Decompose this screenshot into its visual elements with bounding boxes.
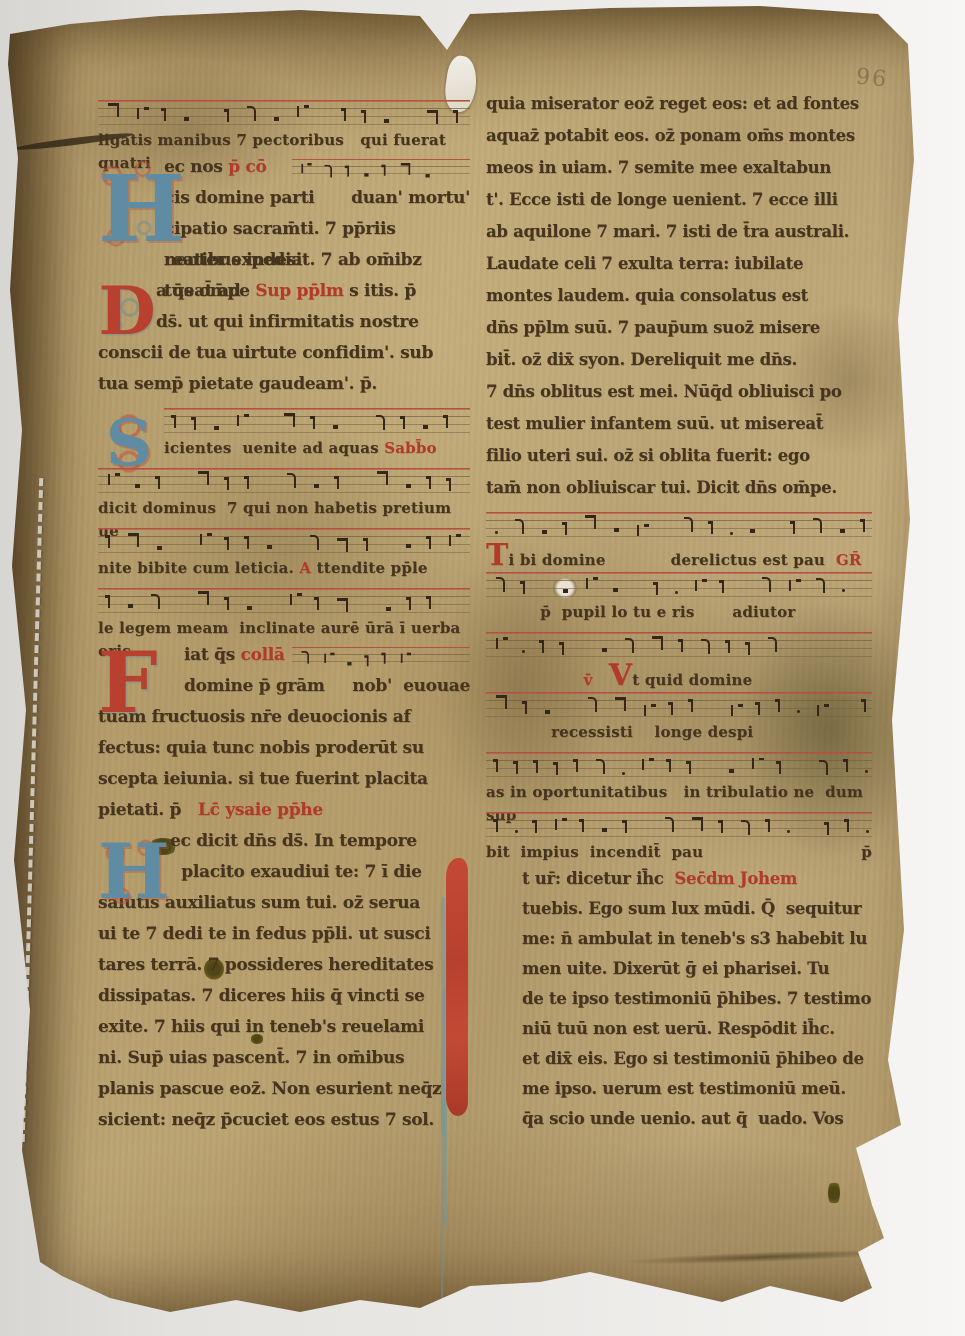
chant-system: ligatis manibus 7 pectoribus qui fuerat … [98, 94, 470, 152]
neume-mark [247, 606, 252, 610]
manuscript-text: dissipatas. 7 diceres hiis q̄ vincti se [98, 981, 424, 1012]
manuscript-text: ui te 7 dedi te in fedus pp̄li. ut susci [98, 919, 431, 950]
neume-mark [429, 537, 431, 549]
inline-music-staff [292, 643, 470, 669]
manuscript-line: tares terrā. 7 possideres hereditates [98, 950, 470, 981]
neume-mark [297, 106, 306, 117]
neume-mark [377, 471, 388, 485]
chant-lyric: recessisti longe despi [486, 721, 872, 744]
music-staff [164, 402, 470, 436]
neume-mark [730, 532, 733, 535]
neume-mark [827, 823, 829, 835]
neume-mark [675, 591, 678, 594]
neume-mark [423, 425, 428, 429]
neume-mark [545, 710, 550, 714]
neume-mark [137, 108, 146, 119]
neume-mark [247, 537, 249, 549]
manuscript-line: dissipatas. 7 diceres hiis q̄ vincti se [98, 981, 470, 1012]
neume-mark [516, 762, 518, 774]
manuscript-line: et dix̄ eis. Ego si testimoniū p̄hibeo d… [486, 1044, 872, 1074]
neume-row [492, 695, 870, 717]
neume-row [298, 153, 443, 179]
neume-mark [198, 591, 209, 605]
neume-mark [711, 522, 713, 534]
neume-mark [347, 166, 349, 176]
neume-mark [762, 577, 771, 592]
neume-mark [847, 820, 849, 832]
neume-mark [864, 700, 866, 712]
neume-mark [108, 103, 119, 117]
neume-mark [198, 471, 209, 485]
neume-mark [313, 417, 315, 429]
chant-system: Ti bi domine derelictus est pau GR̄ [486, 506, 872, 564]
neume-mark [816, 578, 825, 593]
neume-mark [779, 762, 781, 774]
neume-mark [684, 517, 693, 532]
neume-mark [108, 596, 110, 608]
neume-mark [364, 173, 368, 176]
neume-mark [301, 163, 309, 172]
neume-mark [596, 759, 605, 774]
neume-mark [817, 705, 826, 716]
neume-mark [158, 477, 160, 489]
manuscript-text: p̄ pupil lo tu e ris adiutor [486, 601, 795, 624]
neume-mark [429, 597, 431, 609]
neume-mark [427, 110, 438, 124]
neume-mark [344, 109, 346, 121]
manuscript-text: tares terrā. 7 possideres hereditates [98, 950, 433, 981]
neume-mark [542, 530, 547, 534]
neume-mark [748, 643, 750, 655]
chant-lyric: p̄ pupil lo tu e ris adiutor [486, 601, 872, 624]
rubric-text: Sabb̄o [384, 437, 437, 460]
neume-mark [446, 416, 448, 428]
manuscript-text: icientes uenite ad aquas [164, 437, 384, 460]
neume-mark [846, 760, 848, 772]
initial-letter: H [98, 827, 170, 916]
chant-system: recessisti longe despi [486, 686, 872, 744]
manuscript-line: meos in uiam. 7 semite mee exaltabun [486, 152, 872, 184]
chant-lyric: nite bibite cum leticia. A ttendite pp̄l… [98, 557, 470, 580]
neume-mark [337, 538, 348, 552]
music-staff [98, 94, 470, 128]
chant-system: le legem meam inclinate aurē ūrā ī uerba… [98, 582, 470, 640]
manuscript-line: montes laudem. quia consolatus est [486, 280, 872, 312]
neume-row [170, 412, 468, 433]
manuscript-text: iat q̄s [184, 640, 241, 671]
manuscript-line: tam̄ non obliuiscar tui. Dicit dn̄s om̄p… [486, 472, 872, 504]
neume-mark [840, 529, 845, 533]
music-staff [486, 686, 872, 720]
neume-mark [401, 653, 409, 662]
neume-mark [842, 589, 845, 592]
neume-mark [576, 760, 578, 772]
rubric-text: Sec̄dm Johem [674, 864, 797, 894]
music-staff [486, 506, 872, 540]
neume-mark [128, 604, 133, 608]
neume-mark [750, 529, 755, 533]
neume-mark [671, 703, 673, 715]
neume-mark [565, 523, 567, 535]
manuscript-line: tuebis. Ego sum lux mūdi. Q̄ sequitur [486, 894, 872, 924]
neume-mark [819, 760, 828, 775]
manuscript-line: men uite. Dixerūt ḡ ei pharisei. Tu [486, 954, 872, 984]
neume-mark [290, 594, 299, 605]
neume-mark [310, 535, 319, 550]
manuscript-text: tuebis. Ego sum lux mūdi. Q̄ sequitur [522, 894, 861, 924]
neume-mark [691, 700, 693, 712]
neume-mark [525, 702, 527, 714]
neume-mark [174, 416, 176, 428]
neume-mark [586, 578, 595, 589]
manuscript-line: q̄a scio unde uenio. aut q̄ uado. Vos [486, 1104, 872, 1134]
neume-mark [324, 653, 332, 662]
manuscript-line: Hec nos p̄ cō [98, 152, 470, 183]
neume-mark [184, 117, 189, 121]
chant-system: p̄ pupil lo tu e ris adiutor [486, 566, 872, 624]
neume-mark [496, 695, 507, 709]
manuscript-text: c̄is domine parti [164, 183, 314, 214]
neume-mark [741, 820, 750, 835]
neume-mark [495, 531, 498, 534]
manuscript-line: sicient: neq̄z p̄cuciet eos estus 7 sol. [98, 1105, 470, 1136]
neume-mark [542, 641, 544, 653]
chant-system: dicit dominus 7 qui non habetis pretium … [98, 462, 470, 520]
neume-mark [669, 760, 671, 772]
manuscript-text: domine p̄ grām [184, 671, 325, 702]
neume-mark [384, 653, 386, 663]
manuscript-text: nob' euouae [352, 671, 470, 702]
manuscript-text: t ur̄: dicetur ih̄c [522, 864, 674, 894]
neume-mark [386, 607, 391, 611]
left-text-column: ligatis manibus 7 pectoribus qui fuerat … [98, 92, 470, 1136]
manuscript-text: tam̄ non obliuiscar tui. Dicit dn̄s om̄p… [486, 472, 837, 504]
neume-mark [317, 598, 319, 610]
manuscript-text: placito exaudiui te: 7 ī die [170, 857, 422, 888]
neume-mark [367, 656, 369, 666]
chant-system: Sicientes uenite ad aquas Sabb̄o [98, 402, 470, 460]
neume-mark [768, 820, 770, 832]
chant-system: as in oportunitatibus in tribulatio ne d… [486, 746, 872, 804]
chant-lyric: v̄ Vt quid domine [486, 661, 872, 684]
neume-row [492, 636, 870, 657]
neume-mark [456, 111, 458, 123]
neume-mark [535, 821, 537, 833]
manuscript-text: scepta ieiunia. si tue fuerint placita [98, 764, 428, 795]
manuscript-text: p̄ [861, 841, 872, 864]
manuscript-text: t'. Ecce isti de longe uenient. 7 ecce i… [486, 184, 838, 216]
neume-mark [625, 821, 627, 833]
chant-lyric: Ti bi domine derelictus est pau GR̄ [486, 541, 872, 564]
neume-mark [227, 538, 229, 550]
manuscript-text: men uite. Dixerūt ḡ ei pharisei. Tu [522, 954, 829, 984]
manuscript-text: pietati. p̄ [98, 795, 198, 826]
rubric-text: collā [241, 640, 285, 671]
neume-mark [237, 415, 246, 426]
neume-mark [337, 477, 339, 489]
neume-mark [449, 479, 451, 491]
manuscript-text: recessisti longe despi [486, 721, 753, 744]
manuscript-text: de te ipso testimoniū p̄hibes. 7 testimo [522, 984, 871, 1014]
manuscript-line: me ipso. uerum est testimoniū meū. [486, 1074, 872, 1104]
neume-mark [728, 641, 730, 653]
neume-mark [214, 426, 219, 430]
manuscript-line: pietati. p̄ Lc̄ ysaie pp̄he [98, 795, 470, 826]
manuscript-text: dn̄s pp̄lm suū. 7 paup̄um suoz̄ misere [486, 312, 820, 344]
neume-mark [789, 580, 798, 591]
manuscript-line: Hec dicit dn̄s ds̄. In tempore [98, 826, 470, 857]
chant-lyric: bit impius incendit̄ paup̄ [486, 841, 872, 864]
neume-mark [622, 772, 625, 775]
manuscript-line: ab aquilone 7 mari. 7 isti de t̄ra austr… [486, 216, 872, 248]
neume-mark [347, 662, 351, 665]
neume-mark [722, 581, 724, 593]
manuscript-text: sicient: neq̄z p̄cuciet eos estus 7 sol. [98, 1105, 434, 1136]
neume-mark [536, 761, 538, 773]
neume-mark [515, 830, 518, 833]
neume-mark [364, 111, 366, 123]
manuscript-line: niū tuū non est uerū. Respōdit ih̄c. [486, 1014, 872, 1044]
right-text-column: quia miserator eoz̄ reget eos: et ad fon… [486, 88, 872, 1134]
manuscript-line: test mulier infantem suū. ut misereat̄ [486, 408, 872, 440]
neume-mark [384, 119, 389, 123]
manuscript-text: montes laudem. quia consolatus est [486, 280, 808, 312]
neume-row [492, 758, 870, 777]
neume-mark [689, 762, 691, 774]
manuscript-text: exite. 7 hiis qui in teneb's reuelami [98, 1012, 424, 1043]
manuscript-text: me: n̄ ambulat in teneb's s3 habebit lu [522, 924, 867, 954]
neume-mark [758, 703, 760, 715]
manuscript-text: ab aquilone 7 mari. 7 isti de t̄ra austr… [486, 216, 849, 248]
neume-mark [227, 598, 229, 610]
neume-mark [515, 519, 524, 534]
neume-row [492, 577, 870, 597]
neume-mark [128, 533, 139, 547]
neume-mark [681, 640, 683, 652]
manuscript-line: dn̄s pp̄lm suū. 7 paup̄um suoz̄ misere [486, 312, 872, 344]
neume-mark [656, 583, 658, 595]
neume-mark [866, 830, 869, 833]
manuscript-text: q̄a scio unde uenio. aut q̄ uado. Vos [522, 1104, 843, 1134]
manuscript-line: Fiat q̄s collā [98, 640, 470, 671]
inline-music-staff [292, 155, 470, 181]
neume-mark [496, 577, 505, 592]
neume-mark [729, 769, 734, 773]
neume-mark [615, 697, 626, 711]
chant-system: nite bibite cum leticia. A ttendite pp̄l… [98, 522, 470, 580]
neume-row [492, 515, 870, 537]
manuscript-line: scepta ieiunia. si tue fuerint placita [98, 764, 470, 795]
neume-mark [813, 518, 822, 533]
neume-mark [301, 651, 309, 664]
manuscript-text: s itis. p̄ [344, 276, 416, 307]
manuscript-text: 7 dn̄s oblitus est mei. Nūq̄d obliuisci … [486, 376, 842, 408]
neume-mark [652, 636, 663, 650]
illuminated-initial-H: H [98, 150, 162, 268]
manuscript-line: me: n̄ ambulat in teneb's s3 habebit lu [486, 924, 872, 954]
manuscript-line: planis pascue eoz̄. Non esurient neq̄z [98, 1074, 470, 1105]
neume-mark [614, 528, 619, 532]
manuscript-line: quia miserator eoz̄ reget eos: et ad fon… [486, 88, 872, 120]
manuscript-text: Laudate celi 7 exulta terra: iubilate [486, 248, 803, 280]
manuscript-text: me ipso. uerum est testimoniū meū. [522, 1074, 846, 1104]
neume-mark [787, 830, 790, 833]
illuminated-initial-F: F [98, 638, 176, 728]
manuscript-line: Laudate celi 7 exulta terra: iubilate [486, 248, 872, 280]
neume-mark [403, 417, 405, 429]
manuscript-text: planis pascue eoz̄. Non esurient neq̄z [98, 1074, 441, 1105]
neume-mark [496, 820, 498, 832]
neume-mark [366, 539, 368, 551]
neume-mark [314, 484, 319, 488]
chant-lyric: icientes uenite ad aquas Sabb̄o [164, 437, 470, 460]
parchment-page: 96 ligatis manibus 7 pectoribus qui fuer… [0, 0, 965, 1336]
neume-mark [401, 163, 410, 175]
wormhole [828, 1180, 840, 1206]
neume-mark [406, 484, 411, 488]
neume-mark [752, 758, 761, 769]
manuscript-text: aquaz̄ potabit eos. oz̄ ponam om̄s monte… [486, 120, 855, 152]
manuscript-line: tua semp̄ pietate gaudeam'. p̄. [98, 369, 470, 400]
initial-letter: F [98, 633, 157, 732]
neume-mark [409, 598, 411, 610]
neume-mark [406, 544, 411, 548]
music-staff [486, 566, 872, 600]
neume-row [104, 533, 468, 553]
neume-mark [665, 817, 674, 832]
neume-mark [701, 639, 710, 654]
neume-mark [522, 650, 525, 653]
neume-mark [731, 705, 740, 716]
illuminated-initial-S: S [98, 400, 160, 488]
neume-mark [449, 535, 458, 546]
manuscript-text: test mulier infantem suū. ut misereat̄ [486, 408, 823, 440]
neume-mark [768, 637, 777, 652]
neume-mark [496, 638, 505, 649]
chant-lyric: ligatis manibus 7 pectoribus qui fuerat … [98, 129, 470, 152]
illuminated-initial-D: D [98, 274, 156, 348]
neume-mark [865, 770, 868, 773]
manuscript-text: a q̄s om̄pe [156, 276, 255, 307]
neume-mark [200, 534, 209, 545]
binding-edge [0, 0, 78, 1336]
neume-mark [108, 536, 110, 548]
neume-row [104, 103, 468, 125]
manuscript-text: ttendite pp̄le [311, 557, 427, 580]
manuscript-text: filio uteri sui. oz̄ si oblita fuerit: e… [486, 440, 810, 472]
manuscript-text: ni. Sup̄ uias pascent̄. 7 in om̄ibus [98, 1043, 404, 1074]
manuscript-text: bit̄. oz̄ dix̄ syon. Dereliquit me dn̄s. [486, 344, 797, 376]
neume-mark [247, 106, 256, 121]
neume-mark [644, 705, 653, 716]
illuminated-initial-I: I [446, 858, 468, 1116]
manuscript-line: exite. 7 hiis qui in teneb's reuelami [98, 1012, 470, 1043]
neume-mark [563, 589, 568, 593]
neume-mark [227, 478, 229, 490]
manuscript-line: ni. Sup̄ uias pascent̄. 7 in om̄ibus [98, 1043, 470, 1074]
manuscript-text: quia miserator eoz̄ reget eos: et ad fon… [486, 88, 859, 120]
neume-mark [625, 638, 634, 653]
neume-mark [333, 425, 338, 429]
neume-mark [429, 477, 431, 489]
neume-mark [562, 643, 564, 655]
chant-lyric: dicit dominus 7 qui non habetis pretium … [98, 497, 470, 520]
manuscript-text: fectus: quia tunc nobis proderūt su [98, 733, 424, 764]
neume-mark [376, 415, 385, 430]
chant-lyric: as in oportunitatibus in tribulatio ne d… [486, 781, 872, 804]
music-staff [98, 522, 470, 556]
chant-system: v̄ Vt quid domine [486, 626, 872, 684]
neume-mark [692, 817, 703, 831]
neume-mark [602, 648, 607, 652]
neume-mark [247, 477, 249, 489]
manuscript-text: meos in uiam. 7 semite mee exaltabun [486, 152, 831, 184]
manuscript-line: filio uteri sui. oz̄ si oblita fuerit: e… [486, 440, 872, 472]
neume-mark [151, 594, 160, 609]
neume-mark [585, 515, 596, 529]
neume-row [298, 641, 443, 667]
rubric-text: Lc̄ ysaie pp̄he [198, 795, 323, 826]
initial-letter: D [99, 272, 156, 350]
manuscript-text: niū tuū non est uerū. Respōdit ih̄c. [522, 1014, 835, 1044]
neume-mark [284, 413, 295, 427]
manuscript-text: bit impius incendit̄ pau [486, 841, 703, 864]
manuscript-text: nite bibite cum leticia. [98, 557, 299, 580]
neume-mark [384, 165, 386, 175]
neume-mark [797, 710, 800, 713]
illuminated-initial-H: H [98, 824, 166, 920]
manuscript-text: tua semp̄ pietate gaudeam'. p̄. [98, 369, 377, 400]
manuscript-line: t'. Ecce isti de longe uenient. 7 ecce i… [486, 184, 872, 216]
neume-mark [778, 700, 780, 712]
neume-mark [721, 821, 723, 833]
neume-row [492, 817, 870, 837]
rubric-text: p̄ cō [228, 152, 266, 183]
neume-mark [287, 473, 296, 488]
neume-mark [164, 109, 166, 121]
neume-mark [426, 174, 430, 177]
neume-mark [324, 164, 332, 177]
neume-mark [588, 697, 597, 712]
rubric-text: Sup pp̄lm [255, 276, 343, 307]
neume-mark [274, 117, 279, 121]
neume-mark [337, 598, 348, 612]
rubric-text: A [299, 557, 311, 580]
neume-mark [602, 828, 607, 832]
neume-mark [582, 820, 584, 832]
neume-mark [556, 763, 558, 775]
music-staff [98, 582, 470, 616]
fold-shadow [620, 1247, 910, 1267]
manuscript-line: Da q̄s om̄pe Sup pp̄lm s itis. p̄ [98, 276, 470, 307]
neume-mark [613, 588, 618, 592]
music-staff [486, 626, 872, 660]
manuscript-text: ec dicit dn̄s ds̄. In tempore [170, 826, 417, 857]
neume-mark [637, 525, 646, 536]
neume-mark [793, 522, 795, 534]
chant-system: bit impius incendit̄ paup̄ [486, 806, 872, 864]
stain [540, 1140, 900, 1300]
initial-letter: H [98, 155, 185, 263]
manuscript-line: fectus: quia tunc nobis proderūt su [98, 733, 470, 764]
manuscript-line: aquaz̄ potabit eos. oz̄ ponam om̄s monte… [486, 120, 872, 152]
music-staff [486, 746, 872, 780]
neume-mark [157, 546, 162, 550]
manuscript-line: 7 dn̄s oblitus est mei. Nūq̄d obliuisci … [486, 376, 872, 408]
music-staff [486, 806, 872, 840]
neume-row [104, 471, 468, 493]
manuscript-text: duan' mortu' [351, 183, 470, 214]
